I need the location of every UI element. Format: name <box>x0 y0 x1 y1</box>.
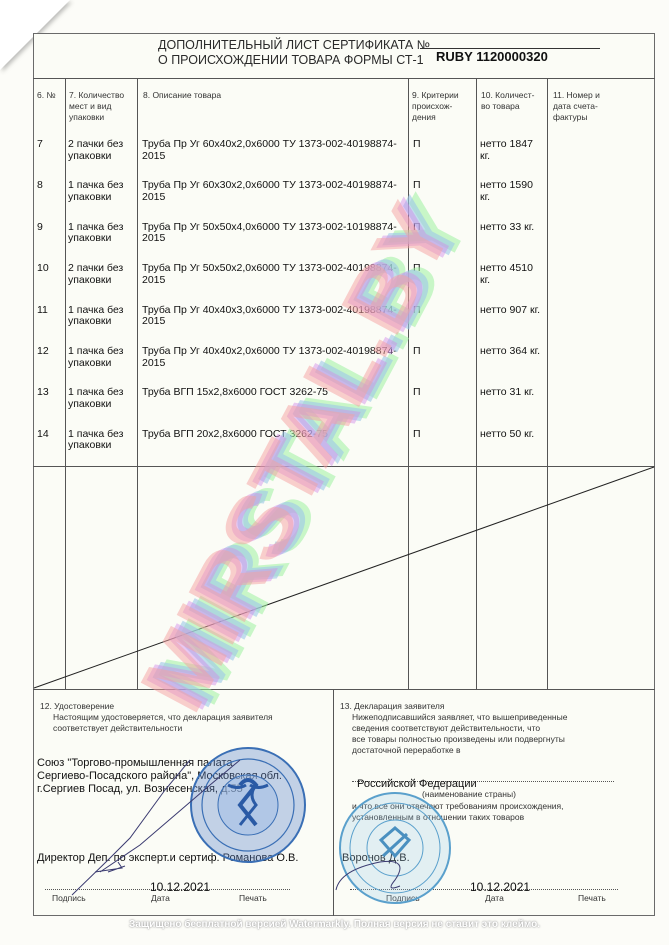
certifier-seal-label: Печать <box>239 893 267 903</box>
certifier-signer: Директор Деп. по эксперт.и сертиф. Роман… <box>37 852 298 865</box>
certification-text-2: соответствует действительности <box>53 723 182 734</box>
declarant-signer: Воронов Д.В. <box>342 852 410 865</box>
certifier-date: 10.12.2021 <box>150 880 210 894</box>
certification-title: 12. Удостоверение <box>40 701 114 711</box>
declaration-text-3: все товары полностью произведены или под… <box>352 734 565 745</box>
certifier-org-line-2: Сергиево-Посадского района", Московская … <box>37 770 282 783</box>
declaration-text-2: сведения соответствуют действительности,… <box>352 723 540 734</box>
declarant-date: 10.12.2021 <box>470 880 530 894</box>
declaration-text-6: установленным в отношении таких товаров <box>352 812 524 823</box>
certificate-page: ДОПОЛНИТЕЛЬНЫЙ ЛИСТ СЕРТИФИКАТА № О ПРОИ… <box>0 0 669 945</box>
certifier-date-label: Дата <box>151 893 170 903</box>
declaration-text-1: Нижеподписавшийся заявляет, что вышеприв… <box>352 712 567 723</box>
country-caption: (наименование страны) <box>422 789 516 800</box>
cancellation-diagonal-line <box>0 0 669 945</box>
declarant-date-label: Дата <box>485 893 504 903</box>
declaration-text-4: достаточной переработке в <box>352 745 461 756</box>
declaration-text-5: и что все они отвечают требованиям проис… <box>352 801 563 812</box>
certification-text-1: Настоящим удостоверяется, что декларация… <box>53 712 273 723</box>
declaration-title: 13. Декларация заявителя <box>340 701 445 711</box>
certifier-org-line-3: г.Сергиев Посад, ул. Вознесенская, д.55 <box>37 783 243 796</box>
certifier-org-line-1: Союз "Торгово-промышленная палата <box>37 757 233 770</box>
declarant-seal-label: Печать <box>578 893 606 903</box>
footer-watermark-notice: Защищено бесплатной версией Watermarkly.… <box>0 919 669 930</box>
declarant-signature-label: Подпись <box>386 893 420 903</box>
certifier-signature-label: Подпись <box>52 893 86 903</box>
